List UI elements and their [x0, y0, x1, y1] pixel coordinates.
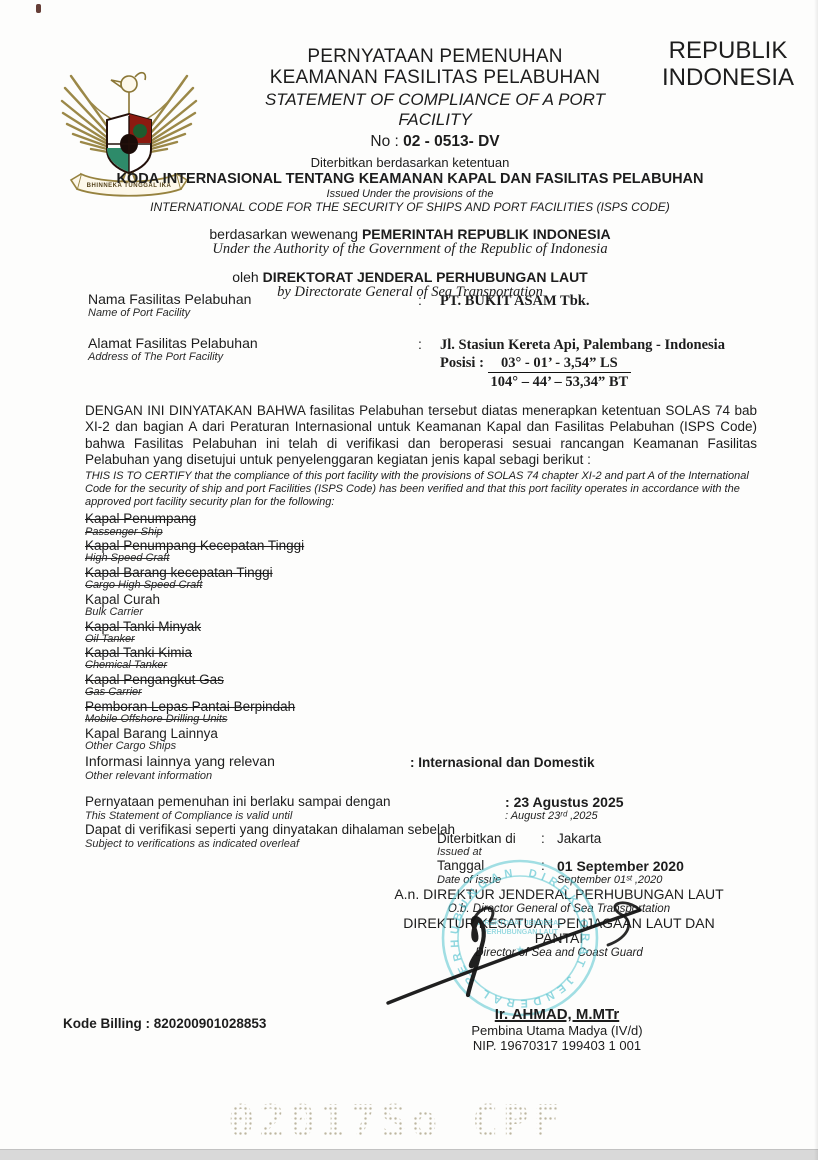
vessel-name-en: Mobile Offshore Drilling Units: [85, 714, 757, 726]
valid-until-date-en: August 23ʳᵈ ,2025: [511, 810, 598, 822]
vessel-row: Kapal Barang kecepatan Tinggi Cargo High…: [85, 565, 757, 592]
other-info-row: Informasi lainnya yang relevan Other rel…: [85, 754, 757, 782]
vessel-row: Kapal Curah Bulk Carrier: [85, 592, 757, 619]
issuer-prefix: oleh: [232, 269, 262, 285]
colon: :: [505, 794, 510, 810]
other-info-value-text: Internasional dan Domestik: [418, 755, 594, 770]
vessel-name-id: Kapal Curah: [85, 592, 757, 607]
issued-based-on: Diterbitkan berdasarkan ketentuan: [90, 156, 730, 171]
issued-at-row: Diterbitkan di : Jakarta: [383, 831, 743, 846]
colon: :: [418, 292, 440, 320]
isps-code-en: INTERNATIONAL CODE FOR THE SECURITY OF S…: [90, 201, 730, 215]
isps-code-id: KODA INTERNASIONAL TENTANG KEAMANAN KAPA…: [90, 171, 730, 188]
vessel-row: Kapal Tanki Minyak Oil Tanker: [85, 619, 757, 646]
vessel-name-id: Kapal Barang Lainnya: [85, 726, 757, 741]
facility-name-label-id: Nama Fasilitas Pelabuhan: [88, 292, 418, 307]
facility-address-label-en: Address of The Port Facility: [88, 351, 418, 363]
declaration-paragraph-id: DENGAN INI DINYATAKAN BAHWA fasilitas Pe…: [85, 403, 757, 469]
position-label: Posisi :: [440, 355, 484, 371]
facility-name-row: Nama Fasilitas Pelabuhan Name of Port Fa…: [88, 292, 768, 320]
other-info-label: Informasi lainnya yang relevan Other rel…: [85, 754, 410, 782]
stamp-and-signature: DIREKTORAT JENDERAL PERHUBUNGAN LAUT ★ ★…: [378, 853, 678, 1025]
facility-address-value: Jl. Stasiun Kereta Api, Palembang - Indo…: [440, 336, 725, 391]
vessel-name-id: Kapal Pengangkut Gas: [85, 672, 757, 687]
colon: :: [410, 755, 415, 770]
vessel-name-id: Kapal Tanki Minyak: [85, 619, 757, 634]
document-page: BHINNEKA TUNGGAL IKA PERNYATAAN PEMENUHA…: [0, 0, 818, 1160]
scan-bottom-edge: [0, 1149, 818, 1160]
country-name: REPUBLIK INDONESIA: [662, 38, 794, 92]
facility-name-label-en: Name of Port Facility: [88, 307, 418, 319]
number-value: 02 - 0513- DV: [403, 133, 500, 150]
dot-matrix-serial: 02017So CPF: [228, 1096, 628, 1147]
colon: :: [541, 831, 557, 846]
vessel-name-en: High Speed Craft: [85, 553, 757, 565]
signer-block: Ir. AHMAD, M.MTr Pembina Utama Madya (IV…: [423, 1006, 691, 1054]
issuing-provisions: Diterbitkan berdasarkan ketentuan KODA I…: [90, 156, 730, 301]
signer-nip: NIP. 19670317 199403 1 001: [423, 1038, 691, 1053]
declaration-paragraph-en: THIS IS TO CERTIFY that the compliance o…: [85, 470, 757, 510]
facility-address-label-id: Alamat Fasilitas Pelabuhan: [88, 336, 418, 351]
valid-until-row-en: This Statement of Compliance is valid un…: [85, 810, 757, 822]
number-label: No :: [370, 133, 398, 150]
vessel-row: Kapal Pengangkut Gas Gas Carrier: [85, 672, 757, 699]
longitude-value: 104° – 44’ – 53,34” BT: [488, 373, 632, 391]
issued-at-label: Diterbitkan di: [437, 831, 541, 846]
vessel-name-id: Kapal Tanki Kimia: [85, 645, 757, 660]
latitude-value: 03° - 01’ - 3,54” LS: [488, 354, 632, 373]
vessel-type-list: Kapal Penumpang Passenger Ship Kapal Pen…: [85, 511, 757, 752]
vessel-name-en: Cargo High Speed Craft: [85, 580, 757, 592]
other-info-label-en: Other relevant information: [85, 770, 410, 782]
vessel-name-en: Oil Tanker: [85, 634, 757, 646]
authority-line-en: Under the Authority of the Government of…: [90, 242, 730, 258]
facility-address-label: Alamat Fasilitas Pelabuhan Address of Th…: [88, 336, 418, 391]
vessel-row: Pemboran Lepas Pantai Berpindah Mobile O…: [85, 699, 757, 726]
vessel-name-en: Passenger Ship: [85, 527, 757, 539]
issuer-line-id: oleh DIREKTORAT JENDERAL PERHUBUNGAN LAU…: [90, 269, 730, 285]
title-english: STATEMENT OF COMPLIANCE OF A PORT FACILI…: [235, 90, 635, 130]
facility-address-row: Alamat Fasilitas Pelabuhan Address of Th…: [88, 336, 768, 391]
stamp-rings: [443, 861, 597, 1015]
title-line2: KEAMANAN FASILITAS PELABUHAN: [235, 67, 635, 88]
main-body: DENGAN INI DINYATAKAN BAHWA fasilitas Pe…: [85, 403, 757, 850]
colon: :: [418, 336, 440, 391]
svg-text:PERHUBUNGAN LAUT: PERHUBUNGAN LAUT: [482, 929, 559, 936]
colon: :: [505, 810, 508, 822]
garuda-head: [111, 73, 145, 114]
scan-speck: [36, 4, 41, 13]
vessel-name-id: Kapal Penumpang Kecepatan Tinggi: [85, 538, 757, 553]
certificate-number: No : 02 - 0513- DV: [235, 133, 635, 151]
valid-until-value: : 23 Agustus 2025: [505, 794, 624, 810]
position-line: Posisi : 03° - 01’ - 3,54” LS 104° – 44’…: [440, 354, 725, 391]
signer-rank: Pembina Utama Madya (IV/d): [423, 1023, 691, 1038]
valid-until-label-en: This Statement of Compliance is valid un…: [85, 810, 505, 822]
valid-until-date: 23 Agustus 2025: [514, 794, 624, 810]
other-info-label-id: Informasi lainnya yang relevan: [85, 754, 410, 769]
vessel-name-en: Chemical Tanker: [85, 660, 757, 672]
title-line1: PERNYATAAN PEMENUHAN: [235, 46, 635, 67]
signature-icon: [388, 903, 640, 1003]
other-info-value: : Internasional dan Domestik: [410, 754, 595, 782]
coordinates: 03° - 01’ - 3,54” LS 104° – 44’ – 53,34”…: [488, 354, 632, 391]
vessel-name-en: Bulk Carrier: [85, 607, 757, 619]
vessel-name-en: Other Cargo Ships: [85, 741, 757, 753]
vessel-row: Kapal Penumpang Kecepatan Tinggi High Sp…: [85, 538, 757, 565]
valid-until-value-en: : August 23ʳᵈ ,2025: [505, 810, 598, 822]
vessel-row: Kapal Tanki Kimia Chemical Tanker: [85, 645, 757, 672]
authority-line-id: berdasarkan wewenang PEMERINTAH REPUBLIK…: [90, 226, 730, 242]
vessel-name-en: Gas Carrier: [85, 687, 757, 699]
vessel-row: Kapal Penumpang Passenger Ship: [85, 511, 757, 538]
issuer-directorate: DIREKTORAT JENDERAL PERHUBUNGAN LAUT: [263, 269, 588, 285]
facility-name-label: Nama Fasilitas Pelabuhan Name of Port Fa…: [88, 292, 418, 320]
billing-code: Kode Billing : 820200901028853: [63, 1016, 266, 1031]
signer-name: Ir. AHMAD, M.MTr: [423, 1006, 691, 1023]
scan-right-edge: [814, 0, 818, 1160]
authority-prefix: berdasarkan wewenang: [209, 226, 362, 242]
authority-government: PEMERINTAH REPUBLIK INDONESIA: [362, 226, 611, 242]
document-header: PERNYATAAN PEMENUHAN KEAMANAN FASILITAS …: [235, 46, 635, 151]
valid-until-row: Pernyataan pemenuhan ini berlaku sampai …: [85, 794, 757, 810]
vessel-row: Kapal Barang Lainnya Other Cargo Ships: [85, 726, 757, 753]
vessel-name-id: Kapal Penumpang: [85, 511, 757, 526]
stamp-center-text: DIREKTORAT JENDERAL PERHUBUNGAN LAUT ★: [478, 920, 564, 956]
vessel-name-id: Kapal Barang kecepatan Tinggi: [85, 565, 757, 580]
valid-until-label-id: Pernyataan pemenuhan ini berlaku sampai …: [85, 794, 505, 810]
official-stamp-icon: DIREKTORAT JENDERAL PERHUBUNGAN LAUT ★ ★…: [378, 853, 678, 1025]
address-line: Jl. Stasiun Kereta Api, Palembang - Indo…: [440, 336, 725, 354]
issued-at-value: Jakarta: [557, 831, 601, 846]
vessel-name-id: Pemboran Lepas Pantai Berpindah: [85, 699, 757, 714]
facility-name-value: PT. BUKIT ASAM Tbk.: [440, 292, 589, 320]
